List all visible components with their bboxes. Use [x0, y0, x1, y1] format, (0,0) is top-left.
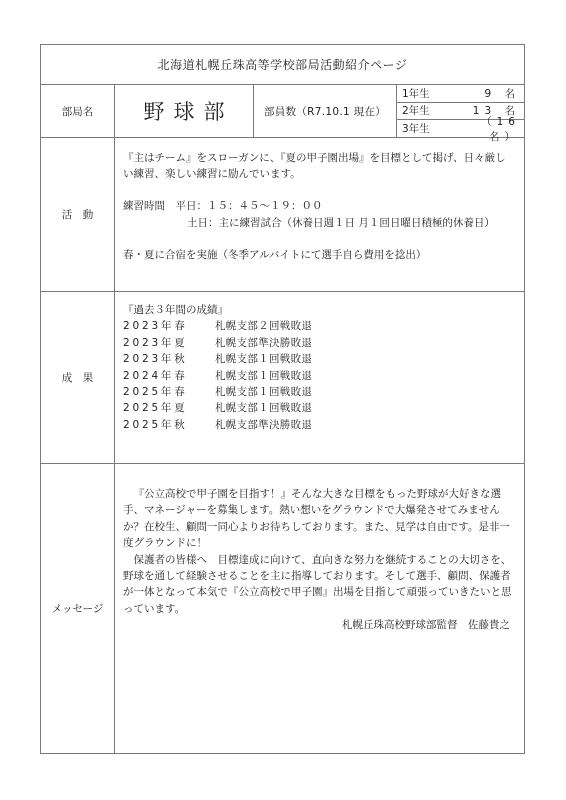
page-title: 北海道札幌丘珠高等学校部局活動紹介ページ	[41, 45, 524, 85]
club-name-row: 部局名 野球部 部員数（R7.10.1 現在） 1年生 9 名 2年生 13 名…	[41, 85, 524, 138]
activity-label: 活 動	[41, 138, 115, 291]
club-introduction-sheet: 北海道札幌丘珠高等学校部局活動紹介ページ 部局名 野球部 部員数（R7.10.1…	[40, 44, 525, 754]
results-content: 『過去３年間の成績』 2023年春札幌支部２回戦敗退 2023年夏札幌支部準決勝…	[115, 292, 524, 463]
practice-weekend: 土日：主に練習試合（休養日週１日 月１回日曜日積極的休養日）	[123, 215, 514, 231]
practice-weekday: 練習時間 平日：１５：４５〜１９：００	[123, 198, 514, 214]
activity-row: 活 動 『主はチーム』をスローガンに、『夏の甲子園出場』を目標として掲げ、日々厳…	[41, 138, 524, 292]
message-content: 『公立高校で甲子園を目指す！』そんな大きな目標をもった野球が大好きな選手、マネー…	[115, 464, 524, 753]
signature: 札幌丘珠高校野球部監督 佐藤貴之	[123, 617, 514, 633]
message-guardians: 保護者の皆様へ 目標達成に向けて、直向きな努力を継続することの大切さを、野球を通…	[123, 552, 514, 618]
result-item: 2025年夏札幌支部１回戦敗退	[123, 400, 514, 416]
member-count-table: 1年生 9 名 2年生 13 名 3年生 （16 名）	[397, 85, 524, 137]
result-item: 2023年夏札幌支部準決勝敗退	[123, 335, 514, 351]
result-item: 2023年秋札幌支部１回戦敗退	[123, 351, 514, 367]
grade-label: 2年生	[402, 103, 462, 118]
results-row: 成 果 『過去３年間の成績』 2023年春札幌支部２回戦敗退 2023年夏札幌支…	[41, 292, 524, 464]
results-heading: 『過去３年間の成績』	[123, 302, 514, 318]
message-label: メッセージ	[41, 464, 115, 753]
message-recruit: 『公立高校で甲子園を目指す！』そんな大きな目標をもった野球が大好きな選手、マネー…	[123, 486, 514, 552]
grade-row-3: 3年生 （16 名）	[397, 120, 524, 138]
result-item: 2024年春札幌支部１回戦敗退	[123, 368, 514, 384]
grade-label: 3年生	[402, 121, 462, 136]
result-item: 2025年春札幌支部１回戦敗退	[123, 384, 514, 400]
results-label: 成 果	[41, 292, 115, 463]
message-row: メッセージ 『公立高校で甲子園を目指す！』そんな大きな目標をもった野球が大好きな…	[41, 464, 524, 753]
activity-content: 『主はチーム』をスローガンに、『夏の甲子園出場』を目標として掲げ、日々厳しい練習…	[115, 138, 524, 291]
club-name-label: 部局名	[41, 85, 115, 137]
activity-intro: 『主はチーム』をスローガンに、『夏の甲子園出場』を目標として掲げ、日々厳しい練習…	[123, 150, 514, 182]
grade-row-1: 1年生 9 名	[397, 85, 524, 103]
result-item: 2023年春札幌支部２回戦敗退	[123, 318, 514, 334]
club-name: 野球部	[115, 85, 254, 137]
grade-label: 1年生	[402, 86, 462, 101]
training-camp: 春・夏に合宿を実施（冬季アルバイトにて選手自ら費用を捻出）	[123, 247, 514, 263]
member-count-label: 部員数（R7.10.1 現在）	[254, 85, 397, 137]
grade-count: 9 名	[462, 86, 520, 101]
result-item: 2025年秋札幌支部準決勝敗退	[123, 417, 514, 433]
